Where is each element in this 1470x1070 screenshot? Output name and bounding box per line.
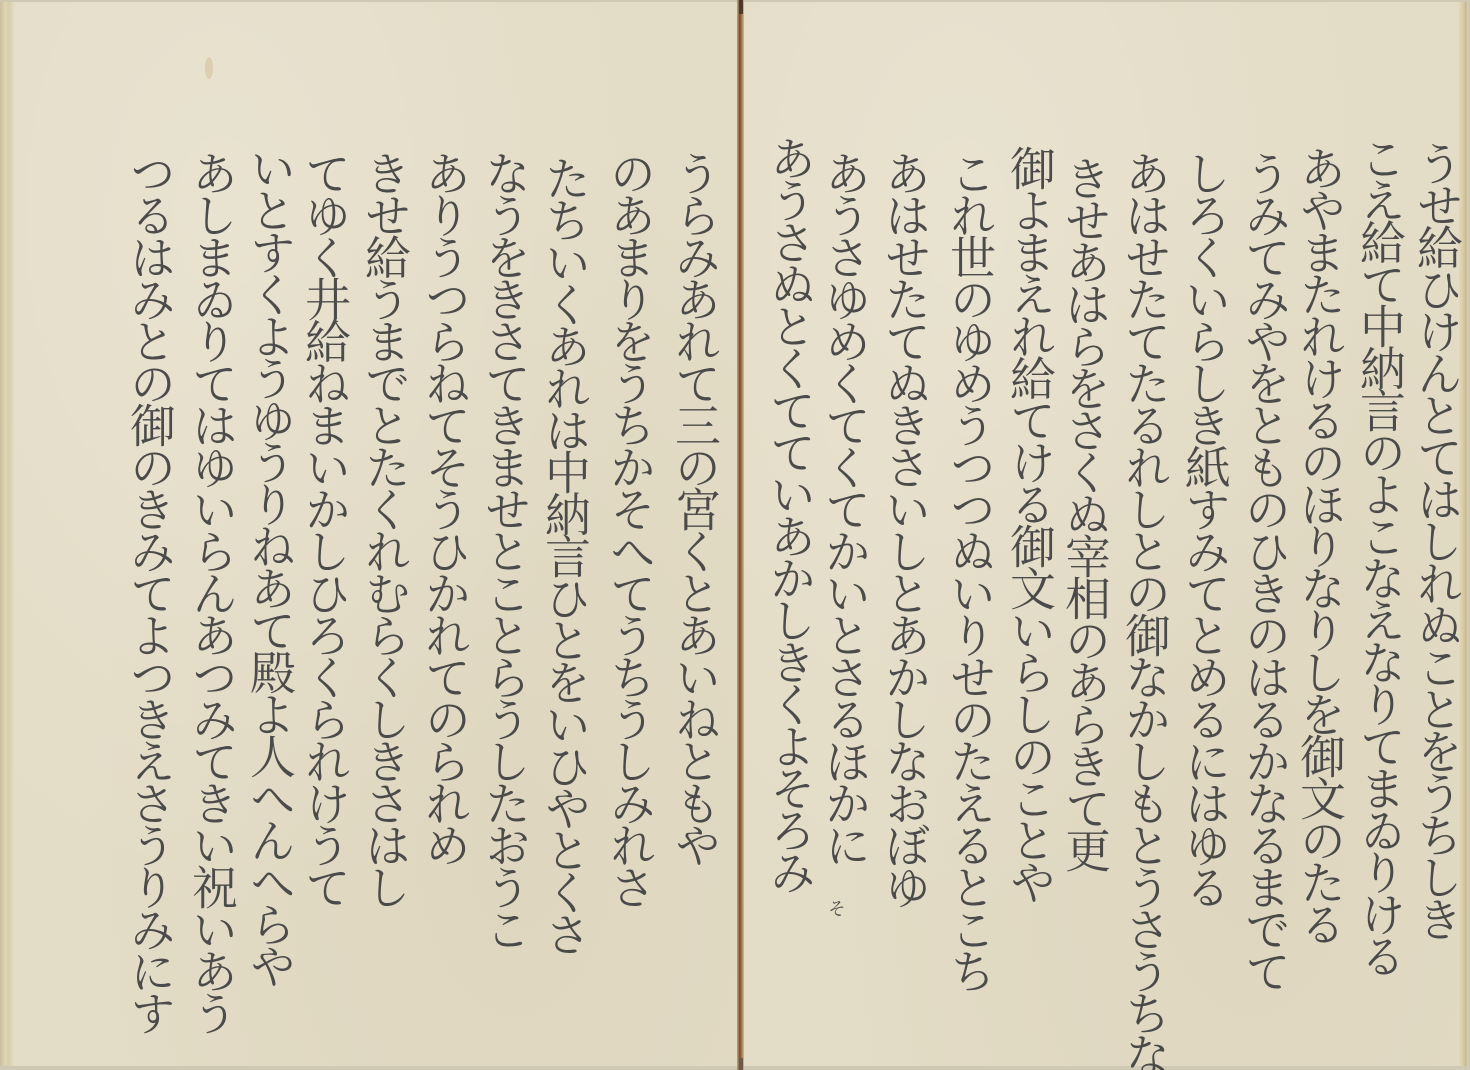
text-column: たちいくあれは中納言ひとをいひやとくさ <box>542 155 588 953</box>
right-page: うせ給ひけんとてはしれぬことをうちしきこえ給て中納言のよこなえなりてまゐりけるあ… <box>744 2 1468 1066</box>
manuscript-spread: うらみあれて三の宮くとあいねともやのあまりをうちかそへてうちうしみれさたちいくあ… <box>0 0 1470 1070</box>
book-gutter <box>737 0 744 1070</box>
text-column: あうさぬとくてていあかしきくよそろみ <box>767 135 813 891</box>
text-column: しろくいらしき紙すみてとめるにはゆる <box>1182 150 1228 906</box>
text-column: きせ給うまでとたくれむらくしきさはし <box>362 150 408 906</box>
binding-thread-bottom <box>739 1058 743 1070</box>
text-column: ありうつらねてそうひかれてのられめ <box>422 150 468 864</box>
text-column: あはせたてぬきさいしとあかしなおぼゆ <box>882 150 928 906</box>
text-column: なうをきさてきませとことらうしたおうこ <box>482 150 528 948</box>
text-column: うらみあれて三の宮くとあいねともや <box>672 150 718 864</box>
text-column: うみてみやをとものひきのはるかなるまでて <box>1242 150 1288 990</box>
text-column: あしまゐりてはゆいらんあつみてきい祝いあう <box>189 150 235 1032</box>
interlinear-note: そ <box>822 899 848 917</box>
text-column: あはせたてたるれしとの御なかしもとうさうちな <box>1122 150 1168 1070</box>
text-column: これ世のゆめうつつぬいりせのたえるとこち <box>947 150 993 990</box>
text-column: 御よまえれ給てける御文いらしのことや <box>1007 145 1053 901</box>
left-page: うらみあれて三の宮くとあいねともやのあまりをうちかそへてうちうしみれさたちいくあ… <box>0 2 737 1066</box>
text-column: のあまりをうちかそへてうちうしみれさ <box>607 150 653 906</box>
paper-stain <box>205 57 213 79</box>
text-column: いとすくようゆうりねあて殿よ人へんへらや <box>247 145 293 985</box>
text-column: うせ給ひけんとてはしれぬことをうちしき <box>1414 140 1460 938</box>
text-column: こえ給て中納言のよこなえなりてまゐりける <box>1357 135 1403 975</box>
text-column: あやまたれけるのほりなりしを御文のたる <box>1297 145 1343 943</box>
binding-thread-top <box>739 0 743 14</box>
text-column: きせあはらをさくぬ宰相のあらきて更 <box>1062 155 1108 869</box>
text-column: てゆく井給ねまいかしひろくられけうて <box>302 150 348 906</box>
text-column: あうさゆめくてくてかいとさるほかに <box>822 150 868 864</box>
text-column: つるはみとの御のきみてよつきえさうりみにす <box>127 150 173 1032</box>
page-edge-left <box>0 2 14 1066</box>
